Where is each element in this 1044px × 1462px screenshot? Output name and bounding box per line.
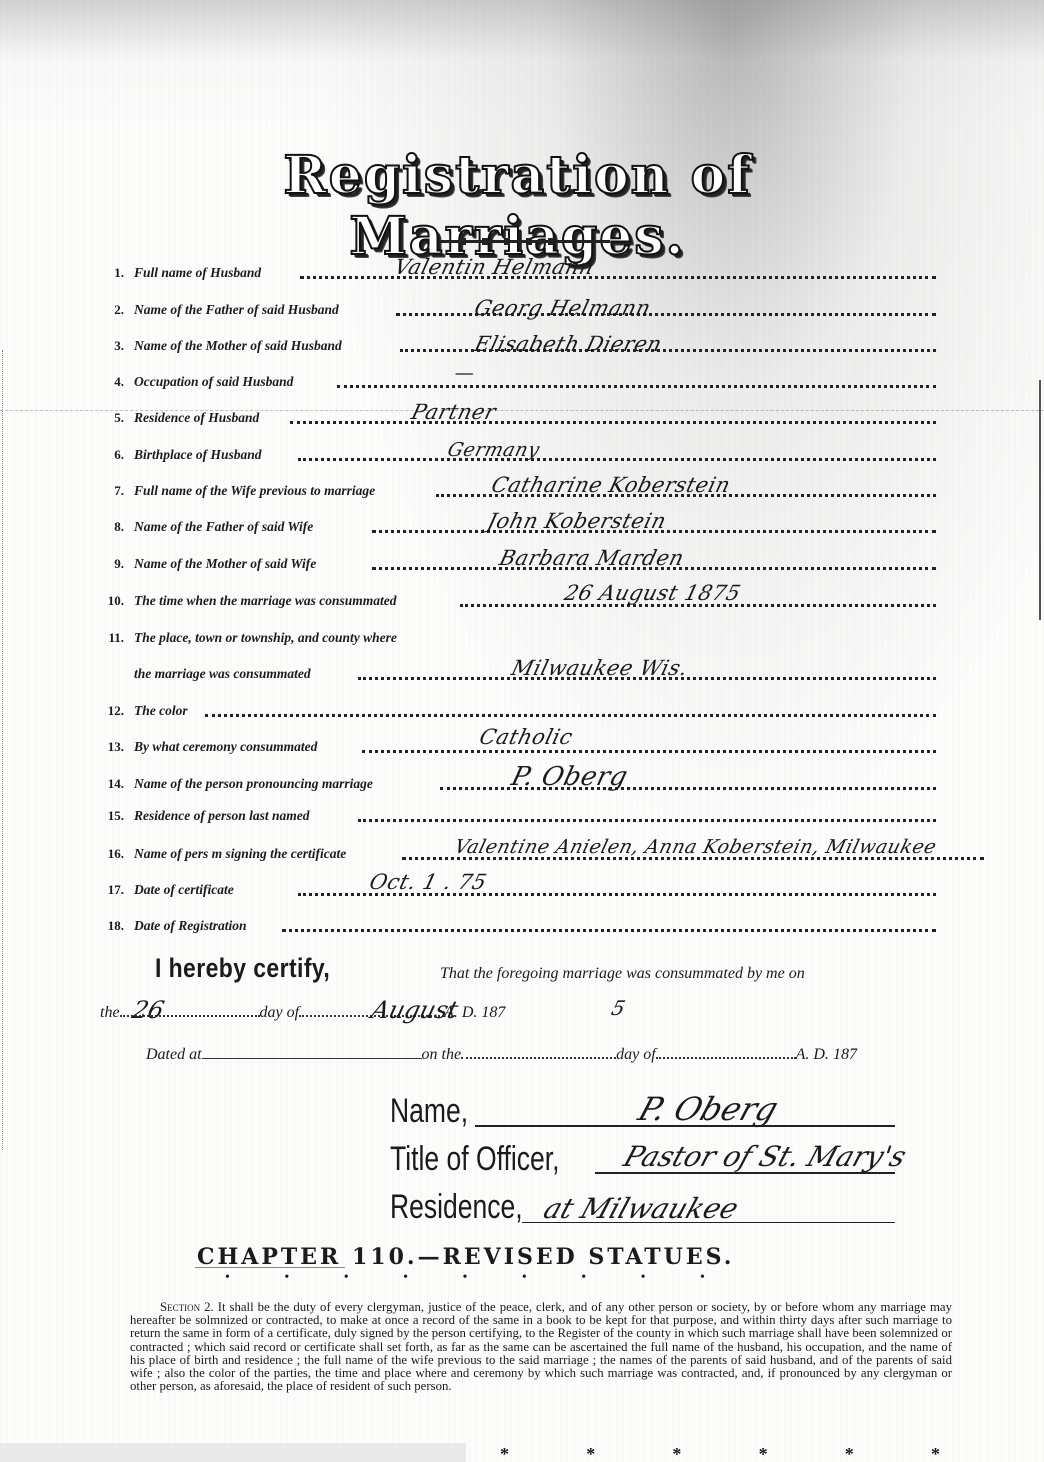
field-label: Date of certificate [134, 882, 234, 898]
star: * [672, 1444, 681, 1462]
bullet: • [700, 1270, 705, 1286]
field-value-handwritten: Valentin Helmann [392, 255, 597, 279]
star: * [586, 1444, 595, 1462]
field-number: 13. [98, 739, 124, 755]
certify-year-handwritten: 5 [609, 996, 628, 1020]
field-row-husband-occupation: 4. Occupation of said Husband — [0, 374, 1044, 404]
certify-text: That the foregoing marriage was consumma… [440, 965, 805, 983]
field-dotted-line [298, 457, 936, 461]
day-of-label: day of [616, 1046, 656, 1063]
field-label: The time when the marriage was consummat… [134, 593, 397, 609]
field-label: Name of pers m signing the certificate [134, 846, 346, 862]
field-number: 16. [98, 846, 124, 862]
field-number: 1. [98, 265, 124, 281]
field-number: 18. [98, 918, 124, 934]
bullet-row: • • • • • • • • • [225, 1270, 705, 1286]
field-label: Name of the Father of said Wife [134, 519, 313, 535]
statute-section-label: Section 2. [130, 1300, 214, 1314]
title-ornament-rule [440, 240, 610, 243]
dated-at-label: Dated at [146, 1046, 202, 1063]
field-label: The color [134, 703, 188, 719]
field-label: Name of the Father of said Husband [134, 302, 339, 318]
officer-residence-handwritten: at Milwaukee [540, 1192, 743, 1225]
field-label: Name of the person pronouncing marriage [134, 776, 373, 792]
officer-title-label: Title of Officer, [390, 1140, 560, 1179]
field-dotted-line [362, 749, 936, 753]
star: * [759, 1444, 768, 1462]
field-number: 12. [98, 703, 124, 719]
certify-heading: I hereby certify, [155, 953, 330, 984]
field-number: 8. [98, 519, 124, 535]
officer-title-handwritten: Pastor of St. Mary's [620, 1140, 911, 1173]
field-label: By what ceremony consummated [134, 739, 317, 755]
field-label: Residence of Husband [134, 410, 259, 426]
field-number: 5. [98, 410, 124, 426]
field-label: Name of the Mother of said Husband [134, 338, 342, 354]
field-row-certificate-date: 17. Date of certificate Oct. 1 . 75 [0, 882, 1044, 912]
day-of-label: day of [260, 1004, 300, 1021]
bullet: • [403, 1270, 408, 1286]
field-number: 10. [98, 593, 124, 609]
star: * [500, 1444, 509, 1462]
on-the-fill-line [461, 1045, 616, 1059]
field-label: Residence of person last named [134, 808, 310, 824]
field-number: 9. [98, 556, 124, 572]
field-row-husband-residence: 5. Residence of Husband Partner [0, 410, 1044, 440]
field-dotted-line [290, 420, 936, 424]
field-dotted-line [337, 384, 936, 388]
field-number: 7. [98, 483, 124, 499]
bullet: • [522, 1270, 527, 1286]
bullet: • [463, 1270, 468, 1286]
bullet: • [344, 1270, 349, 1286]
field-row-registration-date: 18. Date of Registration [0, 918, 1044, 948]
bullet: • [581, 1270, 586, 1286]
field-value-handwritten: Partner [409, 400, 499, 424]
field-value-handwritten: Barbara Marden [497, 546, 687, 570]
the-label: the [100, 1004, 120, 1021]
field-value-handwritten: Elisabeth Dieren [472, 332, 665, 356]
field-label: Full name of the Wife previous to marria… [134, 483, 375, 499]
certify-month-handwritten: August [369, 996, 462, 1024]
field-value-handwritten: Valentine Anielen, Anna Koberstein, Milw… [452, 836, 939, 858]
field-value-handwritten: Milwaukee Wis. [509, 656, 691, 680]
certify-day-handwritten: 26 [130, 996, 168, 1024]
statute-text: Section 2. It shall be the duty of every… [130, 1301, 952, 1393]
field-value-handwritten: Catholic [477, 725, 575, 749]
field-value-handwritten: Catharine Koberstein [489, 473, 733, 497]
field-label: Date of Registration [134, 918, 247, 934]
field-value-signature: P. Oberg [508, 762, 631, 792]
field-number: 14. [98, 776, 124, 792]
star: * [845, 1444, 854, 1462]
field-label-continued: the marriage was consummated [134, 666, 311, 682]
bullet: • [284, 1270, 289, 1286]
field-row-husband-father: 2. Name of the Father of said Husband Ge… [0, 302, 1044, 332]
bullet: • [225, 1270, 230, 1286]
field-label: Occupation of said Husband [134, 374, 293, 390]
on-the-label: on the [422, 1046, 462, 1063]
field-row-officiant: 14. Name of the person pronouncing marri… [0, 776, 1044, 806]
field-row-wife-mother: 9. Name of the Mother of said Wife Barba… [0, 556, 1044, 586]
field-value-handwritten: Oct. 1 . 75 [367, 870, 489, 894]
field-dotted-line [358, 818, 936, 822]
officer-residence-label: Residence, [390, 1188, 523, 1227]
field-number: 2. [98, 302, 124, 318]
field-value-handwritten: Georg Helmann [472, 296, 653, 320]
field-value-handwritten: John Koberstein [485, 509, 669, 533]
scan-overlay-bar [0, 1443, 466, 1462]
field-row-husband-mother: 3. Name of the Mother of said Husband El… [0, 338, 1044, 368]
statute-stars: * * * * * * [500, 1444, 940, 1462]
bullet: • [641, 1270, 646, 1286]
field-value-handwritten: 26 August 1875 [562, 581, 743, 605]
dated-at-fill-line [202, 1045, 422, 1059]
statute-body: It shall be the duty of every clergyman,… [130, 1300, 952, 1393]
ad-label: A. D. 187 [796, 1046, 857, 1063]
field-row-certificate-signer: 16. Name of pers m signing the certifica… [0, 846, 1044, 876]
field-dotted-line [205, 713, 936, 717]
field-dotted-line [282, 928, 936, 932]
field-row-wife-father: 8. Name of the Father of said Wife John … [0, 519, 1044, 549]
field-number: 17. [98, 882, 124, 898]
day-of-fill-line [656, 1045, 796, 1059]
field-row-husband-name: 1. Full name of Husband Valentin Helmann [0, 265, 1044, 295]
field-number: 4. [98, 374, 124, 390]
star: * [931, 1444, 940, 1462]
field-label: Full name of Husband [134, 265, 261, 281]
field-number: 11. [98, 630, 124, 646]
field-number: 15. [98, 808, 124, 824]
field-row-officiant-residence: 15. Residence of person last named [0, 808, 1044, 838]
field-label: Name of the Mother of said Wife [134, 556, 316, 572]
dated-at-line: Dated aton theday ofA. D. 187 [146, 1045, 857, 1064]
document-page: Registration of Marriages. 1. Full name … [0, 0, 1044, 1462]
document-title: Registration of Marriages. [145, 145, 890, 215]
certify-statement: I hereby certify, [155, 953, 361, 984]
field-row-marriage-time: 10. The time when the marriage was consu… [0, 593, 1044, 623]
field-label: Birthplace of Husband [134, 447, 262, 463]
field-label: The place, town or township, and county … [134, 630, 397, 646]
officer-name-signature: P. Oberg [634, 1090, 783, 1128]
field-row-marriage-place: 11. The place, town or township, and cou… [0, 630, 1044, 690]
field-value-handwritten: — [452, 362, 477, 384]
chapter-underline [195, 1267, 345, 1268]
officer-name-label: Name, [390, 1092, 468, 1131]
field-number: 6. [98, 447, 124, 463]
field-number: 3. [98, 338, 124, 354]
field-value-handwritten: Germany [445, 439, 542, 461]
